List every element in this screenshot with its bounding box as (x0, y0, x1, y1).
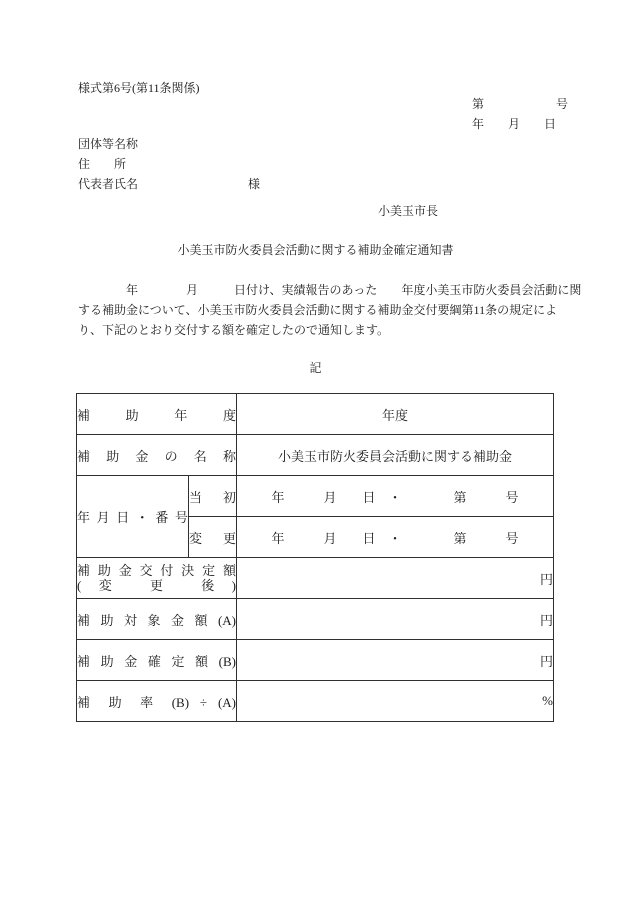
table-row: 補 助 対 象 金 額 (A) 円 (77, 599, 554, 640)
grant-decision-unit: 円 (237, 558, 554, 599)
representative-line: 代表者氏名様 (78, 174, 553, 194)
date-number-label: 年 月 日 ・ 番 号 (77, 476, 189, 558)
address-label: 住 所 (78, 154, 553, 174)
change-date-value: 年 月 日 ・ 第 号 (237, 517, 554, 558)
subsidy-rate-label: 補 助 率 (B) ÷ (A) (77, 681, 237, 722)
grant-decision-label: 補 助 金 交 付 決 定 額 (変 更 後) (77, 558, 237, 599)
eligible-amount-unit: 円 (237, 599, 554, 640)
addressee-block: 団体等名称 住 所 代表者氏名様 (78, 134, 553, 194)
table-row: 補 助 金 交 付 決 定 額 (変 更 後) 円 (77, 558, 554, 599)
document-number-block: 第 号 年 月 日 (472, 94, 568, 134)
table-row: 補 助 年 度 年度 (77, 394, 554, 435)
subsidy-name-label: 補 助 金 の 名 称 (77, 435, 237, 476)
body-paragraph: 年 月 日付け、実績報告のあった 年度小美玉市防火委員会活動に関 する補助金につ… (78, 280, 553, 340)
document-page: 様式第6号(第11条関係) 第 号 年 月 日 団体等名称 住 所 代表者氏名様… (0, 0, 553, 722)
document-number-line: 第 号 (472, 94, 568, 114)
fiscal-year-label: 補 助 年 度 (77, 394, 237, 435)
table-row: 補 助 金 の 名 称 小美玉市防火委員会活動に関する補助金 (77, 435, 554, 476)
grant-decision-label-line2: (変 更 後) (77, 578, 236, 593)
representative-name-label: 代表者氏名 (78, 177, 138, 191)
table-row: 年 月 日 ・ 番 号 当 初 年 月 日 ・ 第 号 (77, 476, 554, 517)
sender-title: 小美玉市長 (78, 201, 553, 221)
fiscal-year-value: 年度 (237, 394, 554, 435)
eligible-amount-label: 補 助 対 象 金 額 (A) (77, 599, 237, 640)
grant-decision-label-line1: 補 助 金 交 付 決 定 額 (77, 563, 236, 578)
body-line: する補助金について、小美玉市防火委員会活動に関する補助金交付要綱第11条の規定に… (78, 300, 553, 320)
organization-name-label: 団体等名称 (78, 134, 553, 154)
subsidy-rate-unit: % (237, 681, 554, 722)
initial-date-value: 年 月 日 ・ 第 号 (237, 476, 554, 517)
subsidy-name-value: 小美玉市防火委員会活動に関する補助金 (237, 435, 554, 476)
confirmed-amount-label: 補 助 金 確 定 額 (B) (77, 640, 237, 681)
body-line: り、下記のとおり交付する額を確定したので通知します。 (78, 320, 553, 340)
change-label: 変 更 (189, 517, 237, 558)
body-line: 年 月 日付け、実績報告のあった 年度小美玉市防火委員会活動に関 (78, 280, 553, 300)
document-date-line: 年 月 日 (472, 114, 568, 134)
subsidy-table: 補 助 年 度 年度 補 助 金 の 名 称 小美玉市防火委員会活動に関する補助… (76, 393, 554, 722)
table-row: 補 助 金 確 定 額 (B) 円 (77, 640, 554, 681)
table-row: 補 助 率 (B) ÷ (A) % (77, 681, 554, 722)
honorific: 様 (248, 177, 260, 191)
initial-label: 当 初 (189, 476, 237, 517)
record-marker: 記 (78, 358, 553, 378)
document-title: 小美玉市防火委員会活動に関する補助金確定通知書 (78, 240, 553, 260)
confirmed-amount-unit: 円 (237, 640, 554, 681)
